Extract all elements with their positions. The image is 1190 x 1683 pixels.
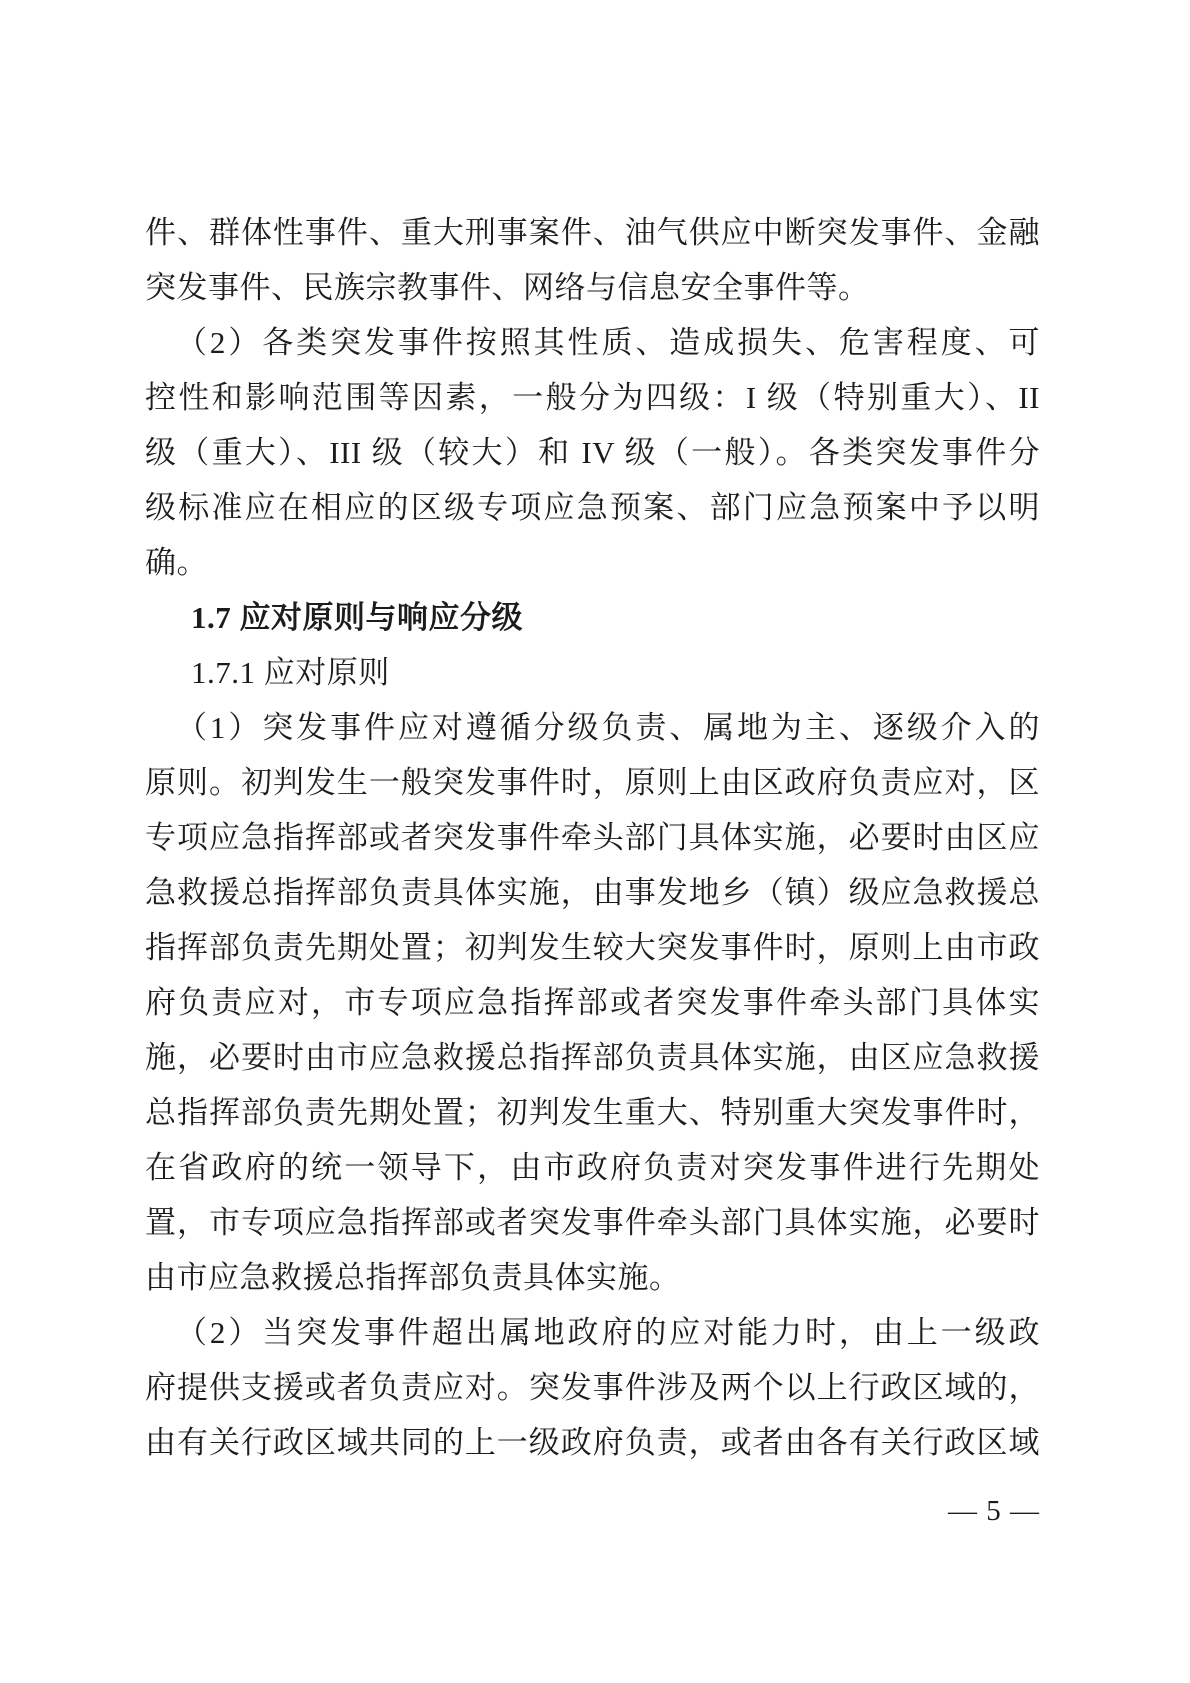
body-line: 府负责应对，市专项应急指挥部或者突发事件牵头部门具体实 bbox=[145, 975, 1040, 1030]
body-line: 指挥部负责先期处置；初判发生较大突发事件时，原则上由市政 bbox=[145, 920, 1040, 975]
body-line: 置，市专项应急指挥部或者突发事件牵头部门具体实施，必要时 bbox=[145, 1195, 1040, 1250]
body-line: 急救援总指挥部负责具体实施，由事发地乡（镇）级应急救援总 bbox=[145, 865, 1040, 920]
body-line: 控性和影响范围等因素，一般分为四级：I 级（特别重大）、II bbox=[145, 370, 1040, 425]
paragraph-start: （2）当突发事件超出属地政府的应对能力时，由上一级政 bbox=[145, 1305, 1040, 1360]
body-line: 由有关行政区域共同的上一级政府负责，或者由各有关行政区域 bbox=[145, 1415, 1040, 1470]
body-line: 总指挥部负责先期处置；初判发生重大、特别重大突发事件时， bbox=[145, 1085, 1040, 1140]
text-block: 件、群体性事件、重大刑事案件、油气供应中断突发事件、金融 突发事件、民族宗教事件… bbox=[145, 205, 1040, 1470]
page-number: — 5 — bbox=[145, 1492, 1040, 1530]
body-line: 级（重大）、III 级（较大）和 IV 级（一般）。各类突发事件分 bbox=[145, 425, 1040, 480]
body-line: 专项应急指挥部或者突发事件牵头部门具体实施，必要时由区应 bbox=[145, 810, 1040, 865]
body-line: 由市应急救援总指挥部负责具体实施。 bbox=[145, 1250, 1040, 1305]
section-heading: 1.7 应对原则与响应分级 bbox=[145, 590, 1040, 645]
body-line: 确。 bbox=[145, 535, 1040, 590]
body-line: 件、群体性事件、重大刑事案件、油气供应中断突发事件、金融 bbox=[145, 205, 1040, 260]
body-line: 级标准应在相应的区级专项应急预案、部门应急预案中予以明 bbox=[145, 480, 1040, 535]
document-page: 件、群体性事件、重大刑事案件、油气供应中断突发事件、金融 突发事件、民族宗教事件… bbox=[0, 0, 1190, 1683]
paragraph-start: （2）各类突发事件按照其性质、造成损失、危害程度、可 bbox=[145, 315, 1040, 370]
body-line: 突发事件、民族宗教事件、网络与信息安全事件等。 bbox=[145, 260, 1040, 315]
body-line: 施，必要时由市应急救援总指挥部负责具体实施，由区应急救援 bbox=[145, 1030, 1040, 1085]
body-line: 府提供支援或者负责应对。突发事件涉及两个以上行政区域的， bbox=[145, 1360, 1040, 1415]
body-line: 原则。初判发生一般突发事件时，原则上由区政府负责应对，区 bbox=[145, 755, 1040, 810]
paragraph-start: （1）突发事件应对遵循分级负责、属地为主、逐级介入的 bbox=[145, 700, 1040, 755]
body-line: 在省政府的统一领导下，由市政府负责对突发事件进行先期处 bbox=[145, 1140, 1040, 1195]
subsection-heading: 1.7.1 应对原则 bbox=[145, 645, 1040, 700]
